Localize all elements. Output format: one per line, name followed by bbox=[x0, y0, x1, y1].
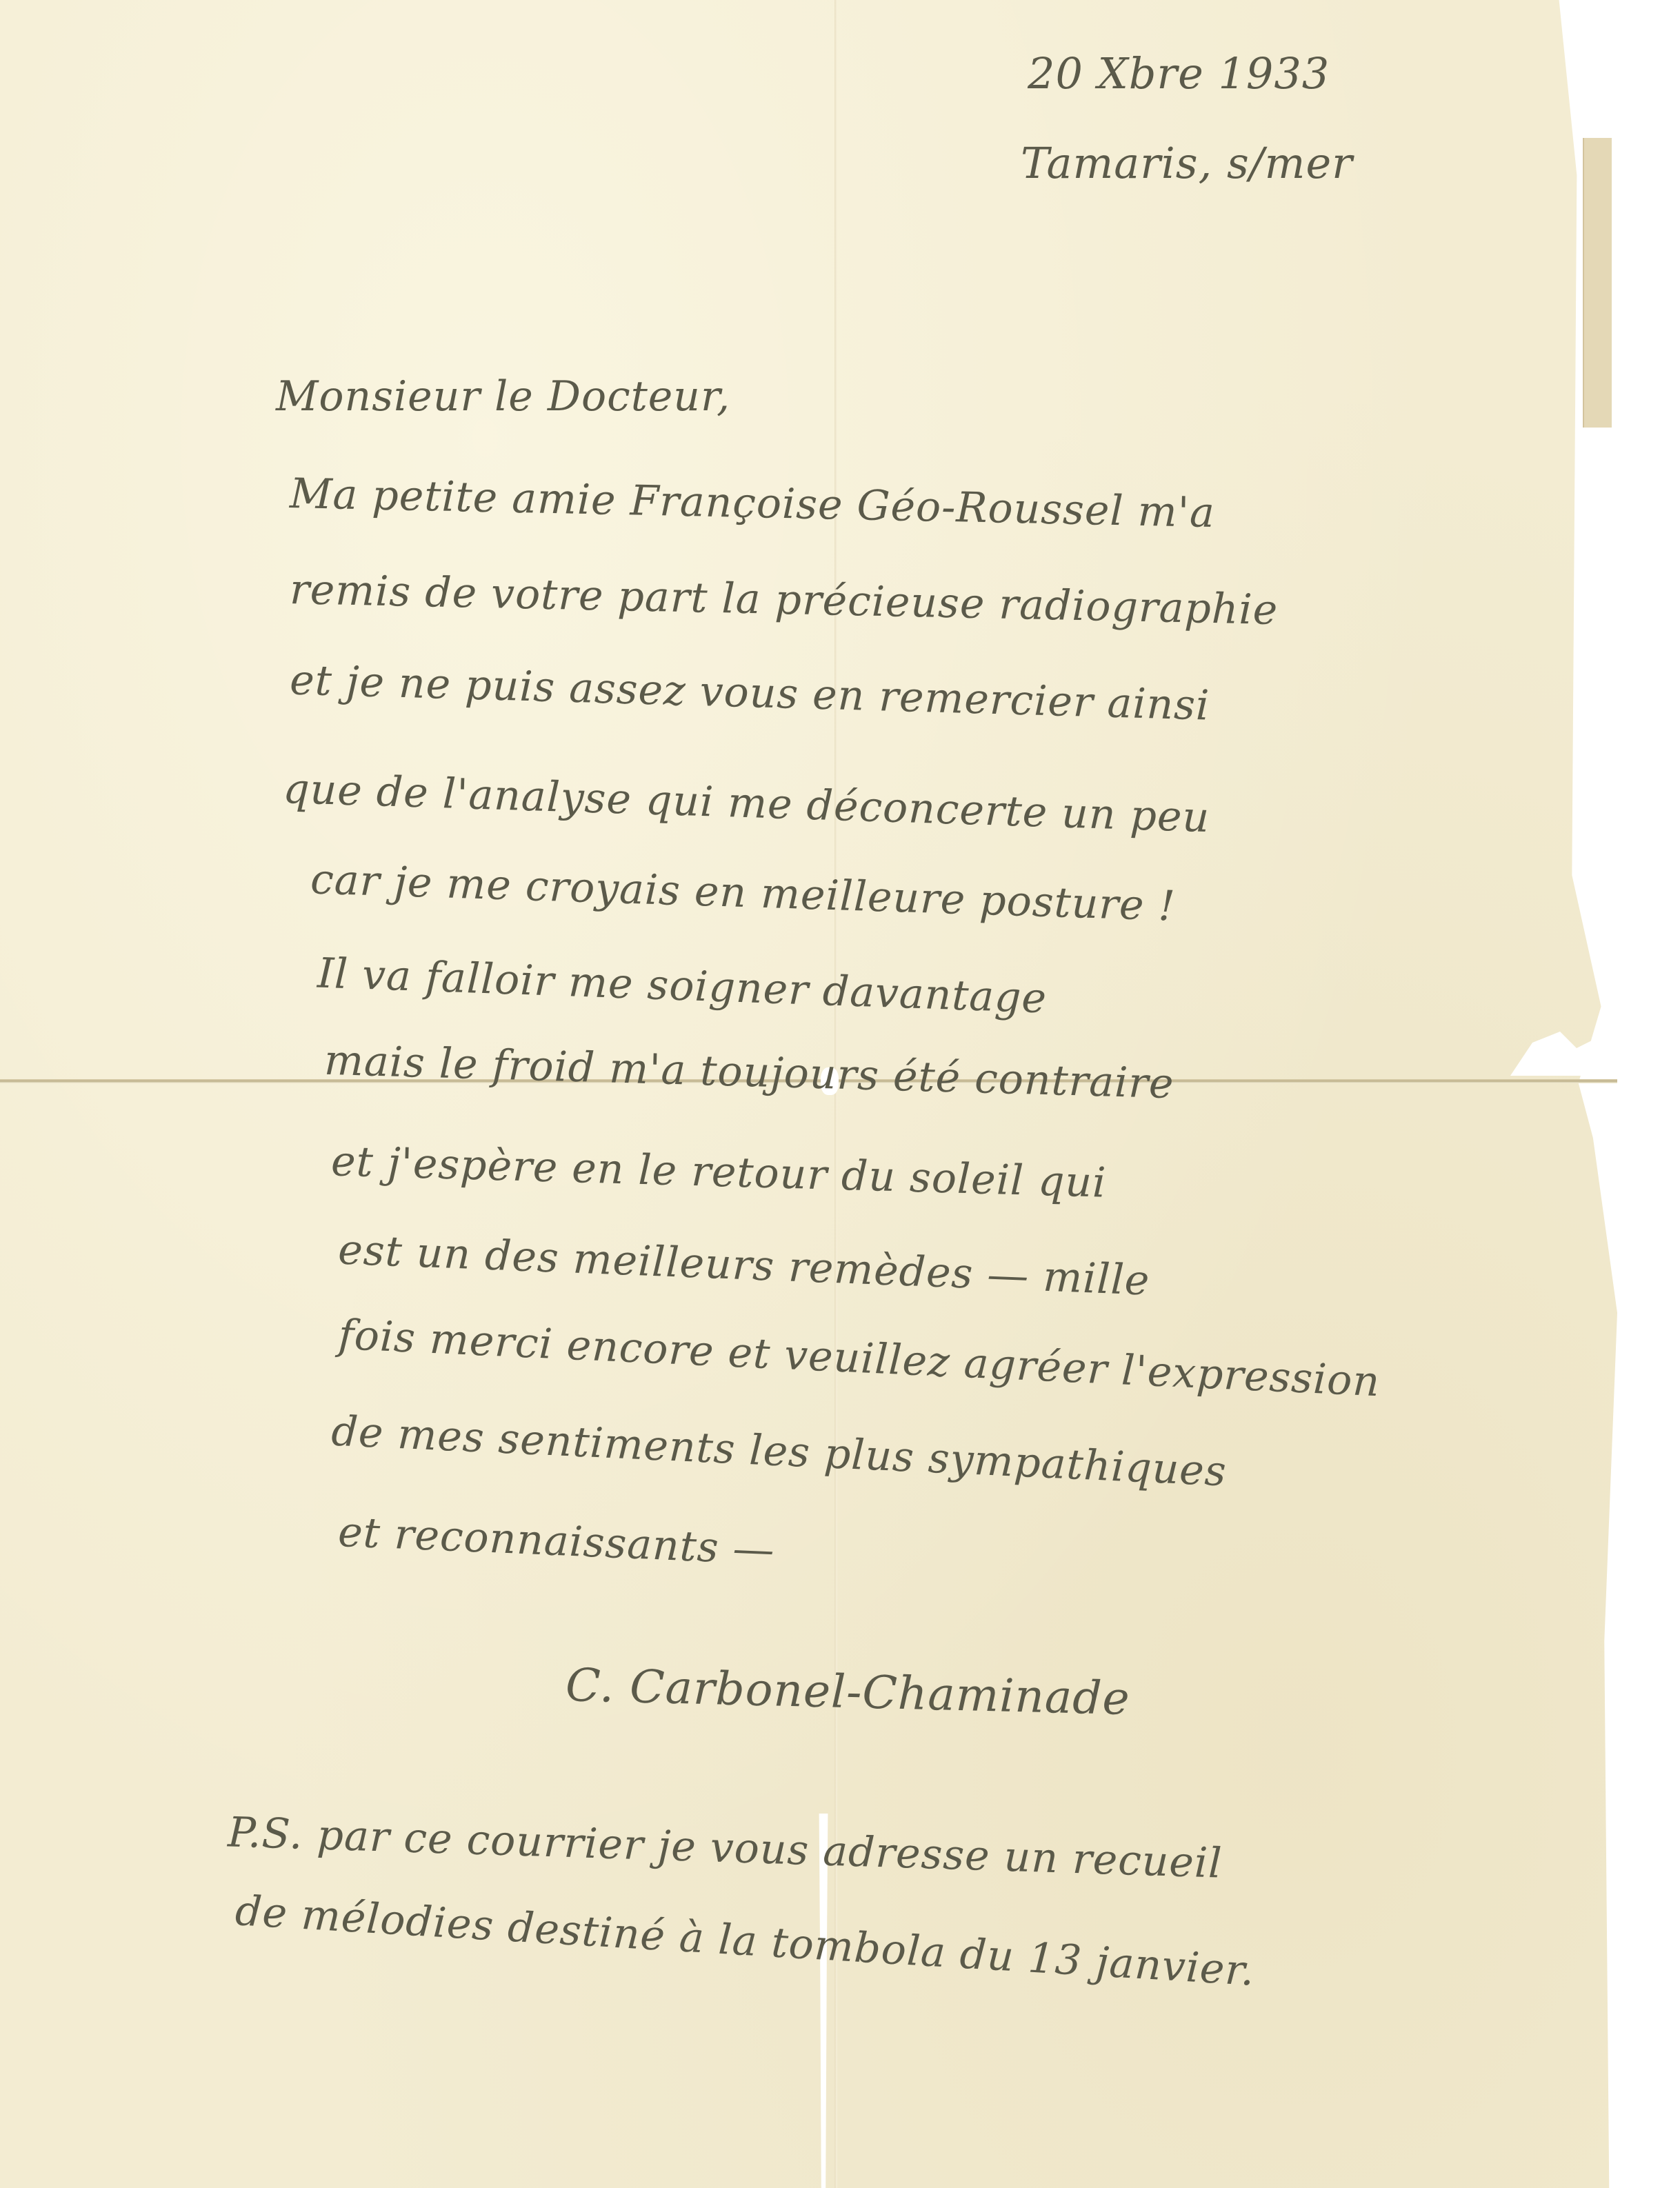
letter-date: 20 Xbre 1933 bbox=[1028, 48, 1330, 99]
salutation: Monsieur le Docteur, bbox=[276, 372, 730, 421]
letter-place: Tamaris, s/mer bbox=[1021, 138, 1353, 188]
paper-edge-strip bbox=[1583, 138, 1612, 428]
